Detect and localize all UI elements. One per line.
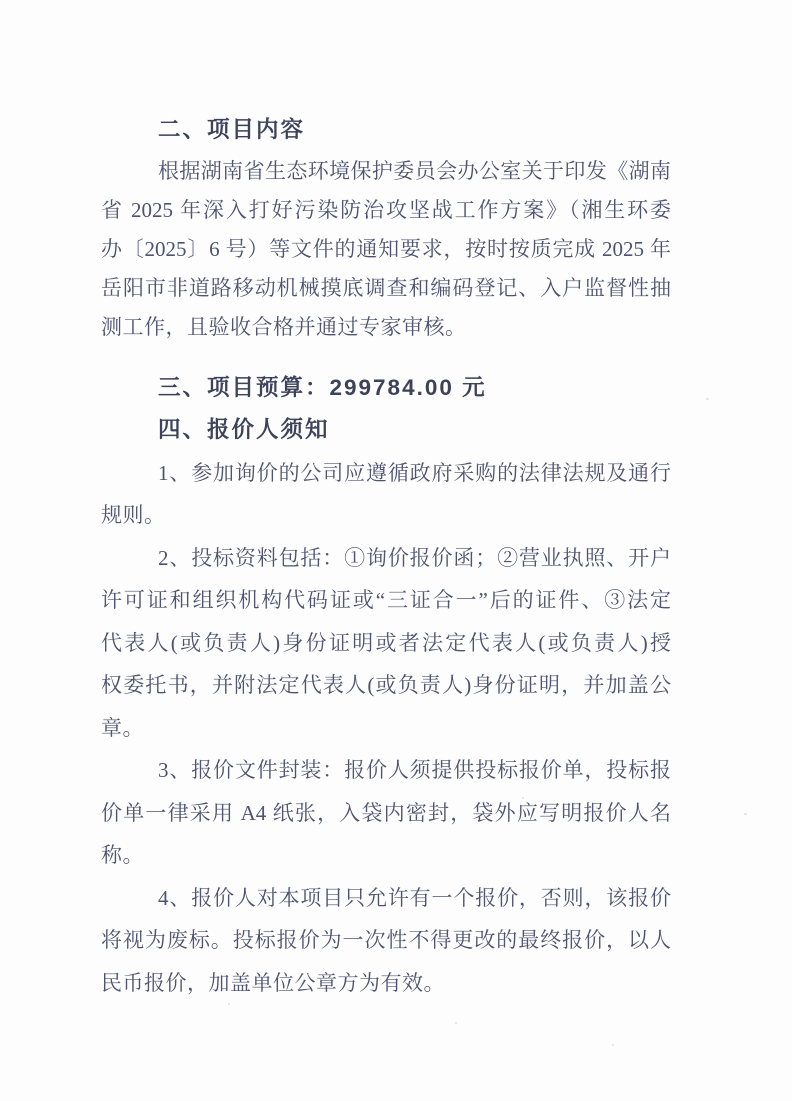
paragraph-line: 办〔2025〕6 号）等文件的通知要求，按时按质完成 2025 年	[101, 230, 671, 269]
scan-speck	[706, 398, 709, 400]
notice-item-4-line: 4、报价人对本项目只允许有一个报价，否则，该报价	[101, 877, 671, 920]
notice-item-2-line: 许可证和组织机构代码证或“三证合一”后的证件、③法定	[101, 579, 671, 622]
notice-item-3-line: 3、报价文件封装：报价人须提供投标报价单，投标报	[101, 749, 671, 792]
notice-item-3-line: 价单一律采用 A4 纸张，入袋内密封，袋外应写明报价人名	[101, 792, 671, 835]
section-heading-project-content: 二、项目内容	[101, 109, 671, 152]
section-heading-project-budget: 三、项目预算：299784.00 元	[101, 367, 671, 410]
notice-item-1-line: 规则。	[101, 494, 671, 537]
notice-item-2-line: 代表人(或负责人)身份证明或者法定代表人(或负责人)授	[101, 622, 671, 665]
notice-item-2-line: 章。	[101, 707, 671, 750]
notice-item-2-line: 权委托书，并附法定代表人(或负责人)身份证明，并加盖公	[101, 664, 671, 707]
notice-item-3-line: 称。	[101, 834, 671, 877]
document-body: 二、项目内容 根据湖南省生态环境保护委员会办公室关于印发《湖南 省 2025 年…	[101, 109, 671, 1004]
paragraph-line: 省 2025 年深入打好污染防治攻坚战工作方案》（湘生环委	[101, 191, 671, 230]
scan-speck	[522, 797, 524, 799]
section-heading-bidder-notice: 四、报价人须知	[101, 409, 671, 452]
scan-speck	[744, 813, 747, 815]
notice-item-4-line: 将视为废标。投标报价为一次性不得更改的最终报价，以人	[101, 919, 671, 962]
scan-speck	[612, 1044, 614, 1046]
scan-speck	[455, 1022, 457, 1024]
notice-item-2-line: 2、投标资料包括：①询价报价函；②营业执照、开户	[101, 537, 671, 580]
scanned-document-page: 二、项目内容 根据湖南省生态环境保护委员会办公室关于印发《湖南 省 2025 年…	[0, 0, 792, 1101]
scan-speck	[228, 1003, 230, 1005]
paragraph-line: 测工作，且验收合格并通过专家审核。	[101, 308, 671, 347]
paragraph-line: 根据湖南省生态环境保护委员会办公室关于印发《湖南	[101, 152, 671, 191]
notice-item-4-line: 民币报价，加盖单位公章方为有效。	[101, 962, 671, 1005]
notice-item-1-line: 1、参加询价的公司应遵循政府采购的法律法规及通行	[101, 452, 671, 495]
paragraph-line: 岳阳市非道路移动机械摸底调查和编码登记、入户监督性抽	[101, 269, 671, 308]
